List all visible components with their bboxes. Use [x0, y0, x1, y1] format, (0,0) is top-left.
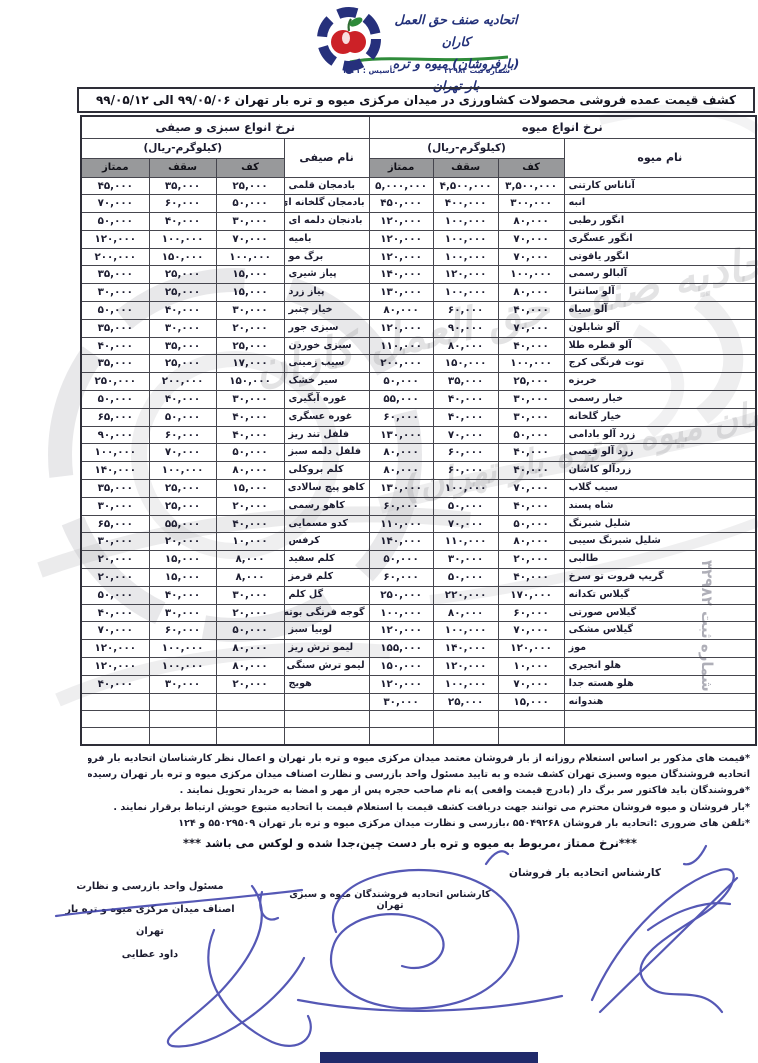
price-row: موز۱۲۰,۰۰۰۱۴۰,۰۰۰۱۵۵,۰۰۰لیمو ترش ریز۸۰,۰… [81, 640, 756, 658]
fruit-premium-cell: ۵۵,۰۰۰ [369, 391, 433, 409]
scanned-price-document: اتحادیه صنف حق العمل کاران (بارفروشان می… [0, 0, 758, 1063]
veg-floor-cell: ۲۰,۰۰۰ [216, 675, 284, 693]
fruit-floor-cell: ۴۰,۰۰۰ [498, 444, 564, 462]
veg-premium-cell: ۴۰,۰۰۰ [81, 337, 149, 355]
veg-floor-cell: ۳۰,۰۰۰ [216, 586, 284, 604]
fruit-premium-cell: ۱۰۰,۰۰۰ [369, 604, 433, 622]
fruit-premium-cell: ۳۰,۰۰۰ [369, 693, 433, 711]
fruit-premium-cell: ۱۳۰,۰۰۰ [369, 284, 433, 302]
price-table-body: آناناس کارتنی۳,۵۰۰,۰۰۰۴,۵۰۰,۰۰۰۵,۰۰۰,۰۰۰… [81, 177, 756, 745]
veg-premium-cell: ۴۵,۰۰۰ [81, 177, 149, 195]
veg-name-cell: کاهو پیچ سالادی [284, 480, 369, 498]
fruit-ceiling-cell: ۱۰۰,۰۰۰ [433, 480, 498, 498]
veg-floor-cell: ۲۵,۰۰۰ [216, 337, 284, 355]
empty-cell [564, 728, 756, 745]
veg-name-column-header: نام صیفی [284, 138, 369, 177]
price-row: شلیل شبرنگ سیبی۸۰,۰۰۰۱۱۰,۰۰۰۱۴۰,۰۰۰کرفس۱… [81, 533, 756, 551]
veg-ceiling-cell: ۴۰,۰۰۰ [149, 302, 216, 320]
fruit-ceiling-cell: ۸۰,۰۰۰ [433, 337, 498, 355]
empty-row [81, 728, 756, 745]
veg-name-cell: لوبیا سبز [284, 622, 369, 640]
fruit-ceiling-cell: ۷۰,۰۰۰ [433, 426, 498, 444]
fruit-ceiling-cell: ۶۰,۰۰۰ [433, 462, 498, 480]
veg-floor-cell: ۴۰,۰۰۰ [216, 515, 284, 533]
veg-ceiling-cell: ۴۰,۰۰۰ [149, 586, 216, 604]
price-row: گیلاس صورتی۶۰,۰۰۰۸۰,۰۰۰۱۰۰,۰۰۰گوجه فرنگی… [81, 604, 756, 622]
veg-floor-cell: ۱۷,۰۰۰ [216, 355, 284, 373]
fruit-name-cell: شلیل شبرنگ سیبی [564, 533, 756, 551]
fruit-premium-cell: ۱۲۰,۰۰۰ [369, 230, 433, 248]
veg-floor-cell: ۴۰,۰۰۰ [216, 426, 284, 444]
fruit-ceiling-cell: ۲۵,۰۰۰ [433, 693, 498, 711]
veg-premium-cell: ۱۲۰,۰۰۰ [81, 640, 149, 658]
price-row: زردآلو کاشان۴۰,۰۰۰۶۰,۰۰۰۸۰,۰۰۰کلم بروکلی… [81, 462, 756, 480]
fruit-name-cell: آلو شابلون [564, 319, 756, 337]
fruit-floor-cell: ۷۰,۰۰۰ [498, 675, 564, 693]
veg-ceiling-cell: ۴۰,۰۰۰ [149, 213, 216, 231]
fruit-name-column-header: نام میوه [564, 138, 756, 177]
fruit-name-cell: گیلاس تکدانه [564, 586, 756, 604]
veg-ceiling-cell: ۱۵,۰۰۰ [149, 569, 216, 587]
registration-line: شماره ثبت ۳۲۹۸۲ تأسیس : ۱۳۳۱ [342, 66, 510, 75]
veg-premium-cell-empty [81, 693, 149, 711]
fruit-ceiling-cell: ۱۰۰,۰۰۰ [433, 230, 498, 248]
veg-floor-cell: ۲۰,۰۰۰ [216, 319, 284, 337]
fruit-ceiling-cell: ۱۲۰,۰۰۰ [433, 266, 498, 284]
veg-unit-header: (کیلوگرم-ریال) [81, 138, 284, 158]
veg-premium-cell: ۱۲۰,۰۰۰ [81, 658, 149, 676]
fruit-floor-cell: ۴۰,۰۰۰ [498, 302, 564, 320]
veg-ceiling-cell: ۱۰۰,۰۰۰ [149, 658, 216, 676]
fruit-floor-cell: ۴۰,۰۰۰ [498, 569, 564, 587]
fruit-premium-cell: ۱۵۵,۰۰۰ [369, 640, 433, 658]
veg-premium-cell: ۳۵,۰۰۰ [81, 266, 149, 284]
veg-ceiling-cell: ۲۵,۰۰۰ [149, 266, 216, 284]
veg-premium-cell: ۲۰,۰۰۰ [81, 551, 149, 569]
price-table-header: نرخ انواع میوه نرخ انواع سبزی و صیفی نام… [81, 116, 756, 177]
veg-premium-cell: ۶۵,۰۰۰ [81, 515, 149, 533]
price-row: آلو قطره طلا۴۰,۰۰۰۸۰,۰۰۰۱۱۰,۰۰۰سبزی خورد… [81, 337, 756, 355]
fruit-name-cell: هندوانه [564, 693, 756, 711]
veg-premium-cell: ۱۰۰,۰۰۰ [81, 444, 149, 462]
veg-ceiling-cell: ۱۵۰,۰۰۰ [149, 248, 216, 266]
veg-floor-cell: ۸,۰۰۰ [216, 551, 284, 569]
inspection-officer-name: داود عطایی [62, 944, 238, 967]
veg-ceiling-cell: ۳۰,۰۰۰ [149, 675, 216, 693]
fruit-floor-header: کف [498, 158, 564, 177]
empty-cell [81, 711, 149, 728]
fruit-floor-cell: ۷۰,۰۰۰ [498, 480, 564, 498]
veg-floor-cell: ۱۵,۰۰۰ [216, 266, 284, 284]
price-row: آلو سانترا۸۰,۰۰۰۱۰۰,۰۰۰۱۳۰,۰۰۰پیاز زرد۱۵… [81, 284, 756, 302]
note-line: اتحادیه فروشندگان میوه وسبزی تهران کشف ش… [88, 767, 750, 783]
fruit-name-cell: آناناس کارتنی [564, 177, 756, 195]
inspection-officer-title-line1: مسئول واحد بازرسی و نظارت [62, 876, 238, 899]
fruit-ceiling-cell: ۳۵,۰۰۰ [433, 373, 498, 391]
veg-name-cell: گوجه فرنگی بوته رس [284, 604, 369, 622]
veg-premium-cell: ۵۰,۰۰۰ [81, 302, 149, 320]
fruit-name-cell: آلو سانترا [564, 284, 756, 302]
veg-ceiling-cell: ۵۵,۰۰۰ [149, 515, 216, 533]
veg-ceiling-cell: ۷۰,۰۰۰ [149, 444, 216, 462]
veg-premium-header: ممتاز [81, 158, 149, 177]
fruit-name-cell: زردآلو کاشان [564, 462, 756, 480]
veg-name-cell: سیر خشک [284, 373, 369, 391]
fruit-name-cell: گریپ فروت تو سرخ [564, 569, 756, 587]
veg-floor-cell: ۱۵,۰۰۰ [216, 480, 284, 498]
veg-floor-cell-empty [216, 693, 284, 711]
fruit-floor-cell: ۱۲۰,۰۰۰ [498, 640, 564, 658]
fruit-premium-cell: ۸۰,۰۰۰ [369, 302, 433, 320]
veg-ceiling-cell: ۲۵,۰۰۰ [149, 355, 216, 373]
veg-premium-cell: ۷۰,۰۰۰ [81, 622, 149, 640]
veg-name-cell: گل کلم [284, 586, 369, 604]
fruit-premium-cell: ۱۴۰,۰۰۰ [369, 533, 433, 551]
veg-premium-cell: ۳۰,۰۰۰ [81, 284, 149, 302]
veg-ceiling-cell: ۲۵,۰۰۰ [149, 480, 216, 498]
fruit-premium-cell: ۱۴۰,۰۰۰ [369, 266, 433, 284]
fruit-floor-cell: ۵۰,۰۰۰ [498, 426, 564, 444]
veg-floor-cell: ۳۰,۰۰۰ [216, 391, 284, 409]
veg-ceiling-cell: ۳۰,۰۰۰ [149, 319, 216, 337]
note-line: *بار فروشان و میوه فروشان محترم می توانن… [88, 800, 750, 816]
empty-cell [564, 711, 756, 728]
fruit-ceiling-cell: ۱۵۰,۰۰۰ [433, 355, 498, 373]
veg-ceiling-cell: ۴۰,۰۰۰ [149, 391, 216, 409]
fruit-ceiling-header: سقف [433, 158, 498, 177]
fruit-name-cell: آلبالو رسمی [564, 266, 756, 284]
veg-name-cell: برگ مو [284, 248, 369, 266]
fruit-name-cell: موز [564, 640, 756, 658]
veg-premium-cell: ۵۰,۰۰۰ [81, 213, 149, 231]
fruit-name-cell: گیلاس مشکی [564, 622, 756, 640]
veg-floor-header: کف [216, 158, 284, 177]
price-row: خیار رسمی۳۰,۰۰۰۴۰,۰۰۰۵۵,۰۰۰غوره آبگیری۳۰… [81, 391, 756, 409]
fruit-premium-cell: ۵۰,۰۰۰ [369, 551, 433, 569]
fruit-name-cell: خیار رسمی [564, 391, 756, 409]
fruit-premium-cell: ۱۳۰,۰۰۰ [369, 426, 433, 444]
fruit-ceiling-cell: ۵۰,۰۰۰ [433, 497, 498, 515]
registration-number: شماره ثبت ۳۲۹۸۲ [444, 66, 510, 75]
fruit-floor-cell: ۴۰,۰۰۰ [498, 337, 564, 355]
fruit-floor-cell: ۷۰,۰۰۰ [498, 230, 564, 248]
fruit-floor-cell: ۱۵,۰۰۰ [498, 693, 564, 711]
fruit-premium-cell: ۱۲۰,۰۰۰ [369, 675, 433, 693]
scan-edge-strip [320, 1052, 538, 1063]
fruit-floor-cell: ۱۰۰,۰۰۰ [498, 266, 564, 284]
veg-name-cell: کرفس [284, 533, 369, 551]
veg-name-cell: بادمجان قلمی [284, 177, 369, 195]
fruit-ceiling-cell: ۱۰۰,۰۰۰ [433, 248, 498, 266]
veg-floor-cell: ۵۰,۰۰۰ [216, 195, 284, 213]
price-row: آناناس کارتنی۳,۵۰۰,۰۰۰۴,۵۰۰,۰۰۰۵,۰۰۰,۰۰۰… [81, 177, 756, 195]
veg-ceiling-cell: ۳۵,۰۰۰ [149, 177, 216, 195]
price-row: انگور یاقوتی۷۰,۰۰۰۱۰۰,۰۰۰۱۲۰,۰۰۰برگ مو۱۰… [81, 248, 756, 266]
fruit-name-cell: آلو قطره طلا [564, 337, 756, 355]
fruit-premium-cell: ۱۲۰,۰۰۰ [369, 213, 433, 231]
note-line: *قیمت های مذکور بر اساس استعلام روزانه ا… [88, 751, 750, 767]
fruit-ceiling-cell: ۹۰,۰۰۰ [433, 319, 498, 337]
veg-floor-cell: ۱۵۰,۰۰۰ [216, 373, 284, 391]
fruit-floor-cell: ۴۰,۰۰۰ [498, 497, 564, 515]
veg-name-cell: فلفل دلمه سبز [284, 444, 369, 462]
fruit-ceiling-cell: ۴۰۰,۰۰۰ [433, 195, 498, 213]
fruit-ceiling-cell: ۳۰,۰۰۰ [433, 551, 498, 569]
fruit-floor-cell: ۱۷۰,۰۰۰ [498, 586, 564, 604]
veg-name-cell: فلفل تند ریز [284, 426, 369, 444]
note-line: *فروشندگان باید فاکتور سر برگ دار (بادرج… [88, 783, 750, 799]
fruit-ceiling-cell: ۱۰۰,۰۰۰ [433, 675, 498, 693]
price-row: آلبالو رسمی۱۰۰,۰۰۰۱۲۰,۰۰۰۱۴۰,۰۰۰پیاز شیر… [81, 266, 756, 284]
price-row: طالبی۲۰,۰۰۰۳۰,۰۰۰۵۰,۰۰۰کلم سفید۸,۰۰۰۱۵,۰… [81, 551, 756, 569]
fruit-floor-cell: ۷۰,۰۰۰ [498, 319, 564, 337]
empty-cell [498, 728, 564, 745]
price-row: آلو سیاه۴۰,۰۰۰۶۰,۰۰۰۸۰,۰۰۰خیار چنبر۳۰,۰۰… [81, 302, 756, 320]
veg-premium-cell: ۱۴۰,۰۰۰ [81, 462, 149, 480]
veg-name-cell: بادمجان گلخانه ای [284, 195, 369, 213]
fruit-ceiling-cell: ۴,۵۰۰,۰۰۰ [433, 177, 498, 195]
fruit-floor-cell: ۷۰,۰۰۰ [498, 248, 564, 266]
veg-premium-cell: ۳۵,۰۰۰ [81, 480, 149, 498]
fruit-premium-cell: ۱۲۰,۰۰۰ [369, 319, 433, 337]
fruit-name-cell: خیار گلخانه [564, 408, 756, 426]
fruit-name-cell: انگور رطبی [564, 213, 756, 231]
veg-name-cell: لیمو ترش ریز [284, 640, 369, 658]
fruit-name-cell: توت فرنگی کرج [564, 355, 756, 373]
veg-floor-cell: ۸۰,۰۰۰ [216, 658, 284, 676]
fruit-premium-cell: ۵,۰۰۰,۰۰۰ [369, 177, 433, 195]
fruit-ceiling-cell: ۴۰,۰۰۰ [433, 408, 498, 426]
veg-name-cell: سیب زمینی [284, 355, 369, 373]
veg-ceiling-cell: ۱۰۰,۰۰۰ [149, 230, 216, 248]
fruit-name-cell: هلو هسته جدا [564, 675, 756, 693]
fruit-ceiling-cell: ۶۰,۰۰۰ [433, 444, 498, 462]
veg-name-cell: کلم قرمز [284, 569, 369, 587]
signature-block-inspection-officer: مسئول واحد بازرسی و نظارت اصناف میدان مر… [62, 876, 238, 966]
price-row: خیار گلخانه۳۰,۰۰۰۴۰,۰۰۰۶۰,۰۰۰غوره عسگری۴… [81, 408, 756, 426]
empty-cell [433, 711, 498, 728]
fruit-ceiling-cell: ۱۰۰,۰۰۰ [433, 622, 498, 640]
fruit-name-cell: زرد آلو قیصی [564, 444, 756, 462]
veg-name-cell: غوره عسگری [284, 408, 369, 426]
veg-name-cell: سبزی خوردن [284, 337, 369, 355]
price-row: گیلاس مشکی۷۰,۰۰۰۱۰۰,۰۰۰۱۲۰,۰۰۰لوبیا سبز۵… [81, 622, 756, 640]
veg-ceiling-cell: ۳۰,۰۰۰ [149, 604, 216, 622]
fruit-floor-cell: ۴۰,۰۰۰ [498, 462, 564, 480]
veg-ceiling-cell: ۵۰,۰۰۰ [149, 408, 216, 426]
veg-ceiling-cell: ۱۰۰,۰۰۰ [149, 640, 216, 658]
fruit-ceiling-cell: ۱۴۰,۰۰۰ [433, 640, 498, 658]
veg-floor-cell: ۸۰,۰۰۰ [216, 640, 284, 658]
empty-cell [369, 711, 433, 728]
note-line: *تلفن های ضروری :اتحادیه بار فروشان ۵۵۰۴… [88, 816, 750, 832]
veg-name-cell: کاهو رسمی [284, 497, 369, 515]
veg-floor-cell: ۲۵,۰۰۰ [216, 177, 284, 195]
signature-label-sellers-union-expert: کارشناس اتحادیه فروشندگان میوه و سبزی ته… [282, 889, 498, 911]
fruit-ceiling-cell: ۱۲۰,۰۰۰ [433, 658, 498, 676]
fruit-name-cell: انگور یاقوتی [564, 248, 756, 266]
fruit-floor-cell: ۸۰,۰۰۰ [498, 284, 564, 302]
fruit-premium-cell: ۶۰,۰۰۰ [369, 497, 433, 515]
veg-floor-cell: ۸,۰۰۰ [216, 569, 284, 587]
fruit-name-cell: طالبی [564, 551, 756, 569]
fruit-ceiling-cell: ۸۰,۰۰۰ [433, 604, 498, 622]
fruit-premium-cell: ۱۳۰,۰۰۰ [369, 480, 433, 498]
veg-premium-cell: ۴۰,۰۰۰ [81, 675, 149, 693]
veg-ceiling-cell: ۱۰۰,۰۰۰ [149, 462, 216, 480]
veg-floor-cell: ۵۰,۰۰۰ [216, 444, 284, 462]
veg-premium-cell: ۴۰,۰۰۰ [81, 604, 149, 622]
veg-premium-cell: ۵۰,۰۰۰ [81, 391, 149, 409]
fruit-ceiling-cell: ۱۰۰,۰۰۰ [433, 284, 498, 302]
veg-name-cell: بامیه [284, 230, 369, 248]
fruit-premium-cell: ۶۰,۰۰۰ [369, 408, 433, 426]
veg-premium-cell: ۷۰,۰۰۰ [81, 195, 149, 213]
veg-name-cell: کلم سفید [284, 551, 369, 569]
veg-floor-cell: ۸۰,۰۰۰ [216, 462, 284, 480]
fruit-premium-cell: ۴۵۰,۰۰۰ [369, 195, 433, 213]
veg-floor-cell: ۵۰,۰۰۰ [216, 622, 284, 640]
fruit-floor-cell: ۳۰,۰۰۰ [498, 408, 564, 426]
empty-cell [284, 728, 369, 745]
premium-grade-note: ***نرخ ممتاز ،مربوط به میوه و تره بار دس… [70, 836, 750, 850]
veg-name-cell: کدو مسمایی [284, 515, 369, 533]
document-title: کشف قیمت عمده فروشی محصولات کشاورزی در م… [77, 87, 755, 113]
veg-floor-cell: ۷۰,۰۰۰ [216, 230, 284, 248]
fruit-floor-cell: ۸۰,۰۰۰ [498, 213, 564, 231]
veg-ceiling-cell: ۲۰,۰۰۰ [149, 533, 216, 551]
veg-name-cell: پیاز زرد [284, 284, 369, 302]
veg-ceiling-cell: ۶۰,۰۰۰ [149, 426, 216, 444]
fruit-premium-cell: ۱۱۰,۰۰۰ [369, 515, 433, 533]
fruit-ceiling-cell: ۱۰۰,۰۰۰ [433, 213, 498, 231]
price-row: توت فرنگی کرج۱۰۰,۰۰۰۱۵۰,۰۰۰۲۰۰,۰۰۰سیب زم… [81, 355, 756, 373]
veg-premium-cell: ۲۵۰,۰۰۰ [81, 373, 149, 391]
veg-name-cell: هویج [284, 675, 369, 693]
empty-cell [498, 711, 564, 728]
veg-floor-cell: ۲۰,۰۰۰ [216, 604, 284, 622]
fruit-floor-cell: ۲۰,۰۰۰ [498, 551, 564, 569]
fruit-name-cell: خربزه [564, 373, 756, 391]
empty-row [81, 711, 756, 728]
fruit-floor-cell: ۳۰,۰۰۰ [498, 391, 564, 409]
fruit-premium-cell: ۲۰۰,۰۰۰ [369, 355, 433, 373]
veg-premium-cell: ۹۰,۰۰۰ [81, 426, 149, 444]
fruit-floor-cell: ۱۰,۰۰۰ [498, 658, 564, 676]
union-name-block: اتحادیه صنف حق العمل کاران (بارفروشان) م… [386, 9, 526, 97]
fruit-floor-cell: ۶۰,۰۰۰ [498, 604, 564, 622]
fruit-premium-cell: ۱۱۰,۰۰۰ [369, 337, 433, 355]
price-row: انگور عسگری۷۰,۰۰۰۱۰۰,۰۰۰۱۲۰,۰۰۰بامیه۷۰,۰… [81, 230, 756, 248]
fruit-floor-cell: ۳,۵۰۰,۰۰۰ [498, 177, 564, 195]
veg-ceiling-cell: ۲۵,۰۰۰ [149, 284, 216, 302]
fruit-floor-cell: ۵۰,۰۰۰ [498, 515, 564, 533]
price-row: شلیل شبرنگ۵۰,۰۰۰۷۰,۰۰۰۱۱۰,۰۰۰کدو مسمایی۴… [81, 515, 756, 533]
veg-premium-cell: ۳۰,۰۰۰ [81, 497, 149, 515]
veg-section-header: نرخ انواع سبزی و صیفی [81, 116, 369, 138]
fruit-premium-cell: ۲۵۰,۰۰۰ [369, 586, 433, 604]
fruit-floor-cell: ۲۵,۰۰۰ [498, 373, 564, 391]
veg-name-cell: کلم بروکلی [284, 462, 369, 480]
fruit-ceiling-cell: ۲۲۰,۰۰۰ [433, 586, 498, 604]
fruit-premium-cell: ۱۲۰,۰۰۰ [369, 622, 433, 640]
fruit-floor-cell: ۷۰,۰۰۰ [498, 622, 564, 640]
fruit-ceiling-cell: ۵۰,۰۰۰ [433, 569, 498, 587]
price-row: زرد آلو قیصی۴۰,۰۰۰۶۰,۰۰۰۸۰,۰۰۰فلفل دلمه … [81, 444, 756, 462]
veg-ceiling-cell: ۲۰۰,۰۰۰ [149, 373, 216, 391]
price-row: شاه پسند۴۰,۰۰۰۵۰,۰۰۰۶۰,۰۰۰کاهو رسمی۲۰,۰۰… [81, 497, 756, 515]
veg-premium-cell: ۲۰۰,۰۰۰ [81, 248, 149, 266]
empty-cell [149, 711, 216, 728]
fruit-name-cell: هلو انجیری [564, 658, 756, 676]
fruit-premium-cell: ۱۵۰,۰۰۰ [369, 658, 433, 676]
veg-ceiling-header: سقف [149, 158, 216, 177]
veg-name-cell-empty [284, 693, 369, 711]
fruit-premium-cell: ۶۰,۰۰۰ [369, 569, 433, 587]
veg-ceiling-cell-empty [149, 693, 216, 711]
fruit-floor-cell: ۸۰,۰۰۰ [498, 533, 564, 551]
price-row: هلو انجیری۱۰,۰۰۰۱۲۰,۰۰۰۱۵۰,۰۰۰لیمو ترش س… [81, 658, 756, 676]
empty-cell [216, 711, 284, 728]
price-row: آلو شابلون۷۰,۰۰۰۹۰,۰۰۰۱۲۰,۰۰۰سبزی جور۲۰,… [81, 319, 756, 337]
price-row: انگور رطبی۸۰,۰۰۰۱۰۰,۰۰۰۱۲۰,۰۰۰بادنجان دل… [81, 213, 756, 231]
veg-premium-cell: ۶۵,۰۰۰ [81, 408, 149, 426]
empty-cell [81, 728, 149, 745]
veg-premium-cell: ۳۵,۰۰۰ [81, 355, 149, 373]
veg-premium-cell: ۱۲۰,۰۰۰ [81, 230, 149, 248]
veg-ceiling-cell: ۲۵,۰۰۰ [149, 497, 216, 515]
fruit-name-cell: آلو سیاه [564, 302, 756, 320]
price-row: هلو هسته جدا۷۰,۰۰۰۱۰۰,۰۰۰۱۲۰,۰۰۰هویج۲۰,۰… [81, 675, 756, 693]
veg-premium-cell: ۳۵,۰۰۰ [81, 319, 149, 337]
fruit-ceiling-cell: ۷۰,۰۰۰ [433, 515, 498, 533]
veg-floor-cell: ۳۰,۰۰۰ [216, 302, 284, 320]
veg-floor-cell: ۱۵,۰۰۰ [216, 284, 284, 302]
fruit-name-cell: انبه [564, 195, 756, 213]
fruit-name-cell: شلیل شبرنگ [564, 515, 756, 533]
veg-name-cell: غوره آبگیری [284, 391, 369, 409]
veg-name-cell: پیاز شیری [284, 266, 369, 284]
veg-premium-cell: ۵۰,۰۰۰ [81, 586, 149, 604]
fruit-unit-header: (کیلوگرم-ریال) [369, 138, 564, 158]
veg-floor-cell: ۴۰,۰۰۰ [216, 408, 284, 426]
price-row: گریپ فروت تو سرخ۴۰,۰۰۰۵۰,۰۰۰۶۰,۰۰۰کلم قر… [81, 569, 756, 587]
inspection-officer-title-line2: اصناف میدان مرکزی میوه و تره بار تهران [62, 899, 238, 944]
price-row: خربزه۲۵,۰۰۰۳۵,۰۰۰۵۰,۰۰۰سیر خشک۱۵۰,۰۰۰۲۰۰… [81, 373, 756, 391]
fruit-name-cell: انگور عسگری [564, 230, 756, 248]
empty-cell [216, 728, 284, 745]
price-row: گیلاس تکدانه۱۷۰,۰۰۰۲۲۰,۰۰۰۲۵۰,۰۰۰گل کلم۳… [81, 586, 756, 604]
empty-cell [149, 728, 216, 745]
fruit-premium-cell: ۱۲۰,۰۰۰ [369, 248, 433, 266]
fruit-ceiling-cell: ۱۱۰,۰۰۰ [433, 533, 498, 551]
price-row: سیب گلاب۷۰,۰۰۰۱۰۰,۰۰۰۱۳۰,۰۰۰کاهو پیچ سال… [81, 480, 756, 498]
fruit-section-header: نرخ انواع میوه [369, 116, 756, 138]
veg-premium-cell: ۲۰,۰۰۰ [81, 569, 149, 587]
fruit-name-cell: زرد آلو بادامی [564, 426, 756, 444]
veg-name-cell: سبزی جور [284, 319, 369, 337]
fruit-floor-cell: ۳۰۰,۰۰۰ [498, 195, 564, 213]
fruit-premium-cell: ۸۰,۰۰۰ [369, 462, 433, 480]
price-row: انبه۳۰۰,۰۰۰۴۰۰,۰۰۰۴۵۰,۰۰۰بادمجان گلخانه … [81, 195, 756, 213]
fruit-premium-cell: ۵۰,۰۰۰ [369, 373, 433, 391]
veg-ceiling-cell: ۳۵,۰۰۰ [149, 337, 216, 355]
veg-name-cell: خیار چنبر [284, 302, 369, 320]
fruit-ceiling-cell: ۶۰,۰۰۰ [433, 302, 498, 320]
union-name-line1: اتحادیه صنف حق العمل کاران [386, 9, 526, 53]
veg-floor-cell: ۱۰,۰۰۰ [216, 533, 284, 551]
empty-cell [433, 728, 498, 745]
